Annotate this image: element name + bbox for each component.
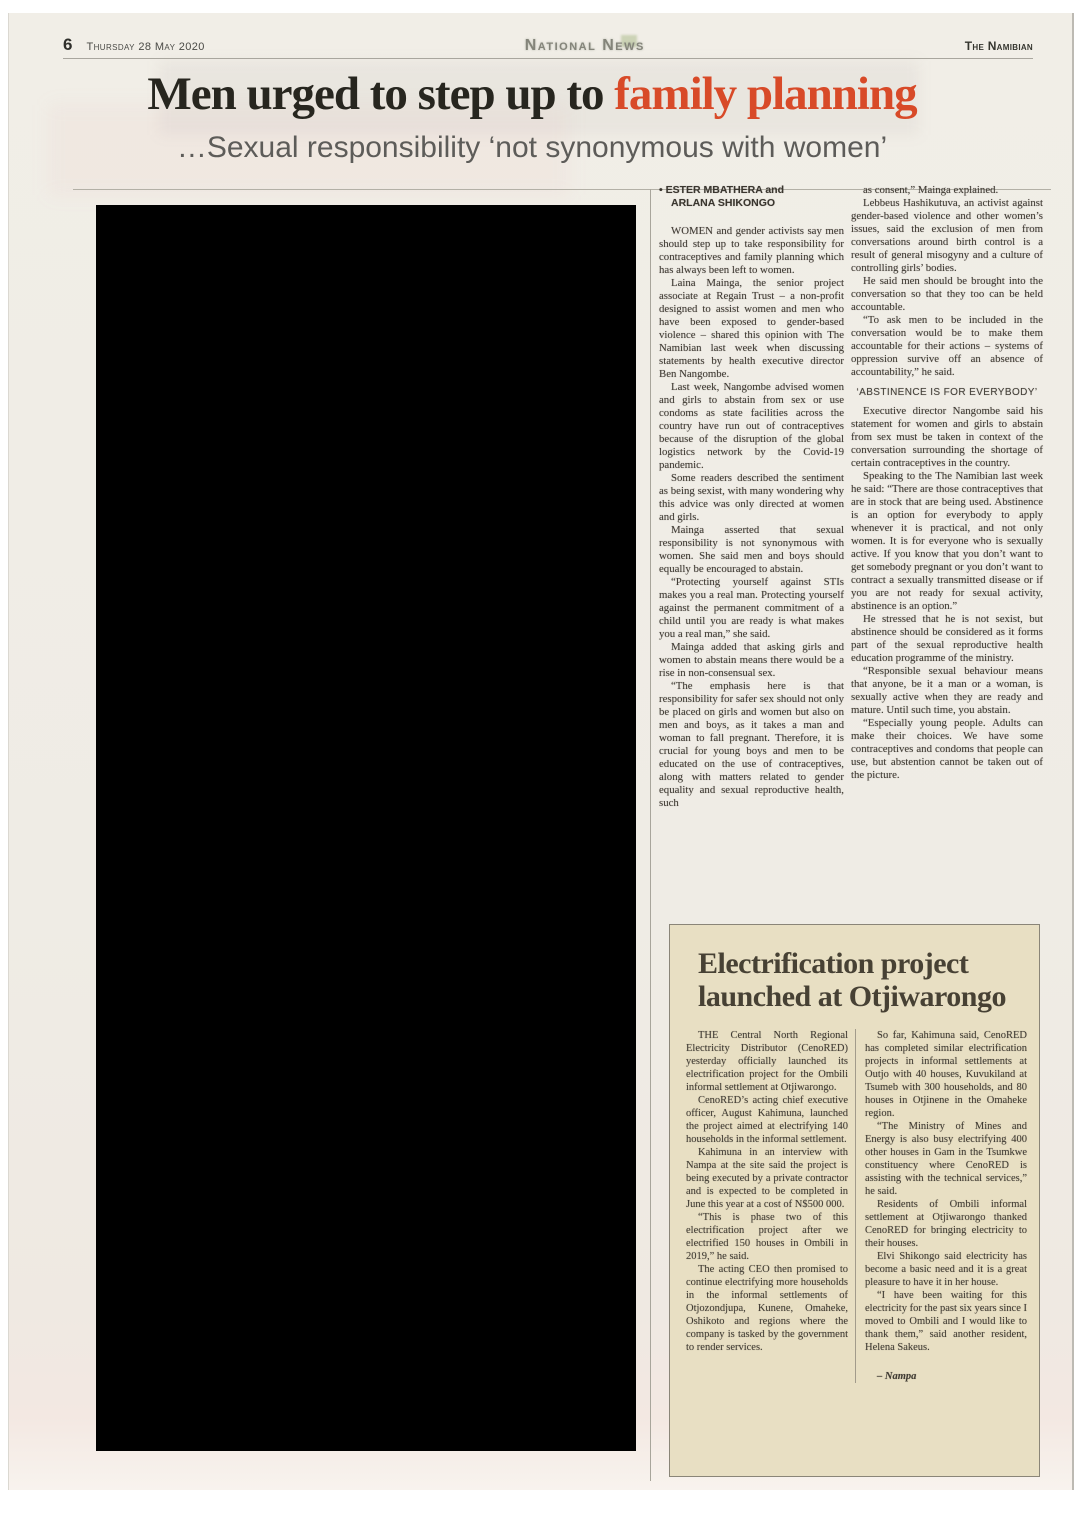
box-headline: Electrification project launched at Otji…: [698, 947, 1021, 1013]
nampa-credit: – Nampa: [865, 1370, 1027, 1383]
article-paragraph: “This is phase two of this electrificati…: [686, 1211, 848, 1263]
box-column-2: So far, Kahimuna said, CenoRED has compl…: [855, 1029, 1027, 1383]
article-paragraph: Kahimuna in an interview with Nampa at t…: [686, 1146, 848, 1211]
article-paragraph: Mainga asserted that sexual responsibili…: [659, 524, 844, 576]
article-paragraph: “To ask men to be included in the conver…: [851, 314, 1043, 379]
headline-accent-text: family planning: [614, 68, 916, 120]
byline-line-1: • ESTER MBATHERA and: [659, 184, 844, 197]
article-column-2: as consent,” Mainga explained.Lebbeus Ha…: [851, 184, 1043, 782]
article-paragraph: as consent,” Mainga explained.: [851, 184, 1043, 197]
page-date: Thursday 28 May 2020: [86, 41, 204, 53]
article-paragraph: THE Central North Regional Electricity D…: [686, 1029, 848, 1094]
article-paragraph: Elvi Shikongo said electricity has becom…: [865, 1250, 1027, 1289]
page-number: 6: [63, 35, 72, 55]
main-headline: Men urged to step up to family planning: [9, 67, 1055, 121]
abstinence-subhead: ‘ABSTINENCE IS FOR EVERYBODY’: [851, 386, 1043, 399]
article-paragraph: So far, Kahimuna said, CenoRED has compl…: [865, 1029, 1027, 1120]
section-title: National News: [525, 37, 645, 55]
header-rule: [63, 58, 1033, 59]
article-paragraph: He said men should be brought into the c…: [851, 275, 1043, 314]
article-subtitle: …Sexual responsibility ‘not synonymous w…: [9, 131, 1055, 165]
article-paragraph: WOMEN and gender activists say men shoul…: [659, 225, 844, 277]
redacted-photo-block: [96, 205, 636, 1451]
box-columns: THE Central North Regional Electricity D…: [670, 1025, 1039, 1383]
article-paragraph: “Protecting yourself against STIs makes …: [659, 576, 844, 641]
article-paragraph: Laina Mainga, the senior project associa…: [659, 277, 844, 381]
box-column-1: THE Central North Regional Electricity D…: [686, 1029, 848, 1383]
article-paragraph: He stressed that he is not sexist, but a…: [851, 613, 1043, 665]
page-header-left: 6 Thursday 28 May 2020: [63, 35, 205, 55]
article-paragraph: “Responsible sexual behaviour means that…: [851, 665, 1043, 717]
paragraph-list: as consent,” Mainga explained.Lebbeus Ha…: [851, 184, 1043, 379]
headline-black-text: Men urged to step up to: [147, 68, 614, 120]
article-paragraph: Last week, Nangombe advised women and gi…: [659, 381, 844, 472]
article-paragraph: Some readers described the sentiment as …: [659, 472, 844, 524]
newspaper-brand: The Namibian: [965, 39, 1033, 53]
paragraph-list: So far, Kahimuna said, CenoRED has compl…: [865, 1029, 1027, 1354]
article-paragraph: Executive director Nangombe said his sta…: [851, 405, 1043, 470]
article-paragraph: Speaking to the The Namibian last week h…: [851, 470, 1043, 613]
page-header: 6 Thursday 28 May 2020 National News The…: [63, 35, 1033, 55]
article-paragraph: Lebbeus Hashikutuva, an activist against…: [851, 197, 1043, 275]
article-paragraph: “I have been waiting for this electricit…: [865, 1289, 1027, 1354]
article-paragraph: “Especially young people. Adults can mak…: [851, 717, 1043, 782]
newspaper-page-scan: 6 Thursday 28 May 2020 National News The…: [8, 13, 1074, 1490]
article-paragraph: Residents of Ombili informal settlement …: [865, 1198, 1027, 1250]
paragraph-list: WOMEN and gender activists say men shoul…: [659, 225, 844, 810]
article-column-1: • ESTER MBATHERA and ARLANA SHIKONGO WOM…: [659, 184, 844, 810]
paragraph-list: Executive director Nangombe said his sta…: [851, 405, 1043, 782]
article-paragraph: “The emphasis here is that responsibilit…: [659, 680, 844, 810]
byline: • ESTER MBATHERA and ARLANA SHIKONGO: [659, 184, 844, 210]
article-paragraph: CenoRED’s acting chief executive officer…: [686, 1094, 848, 1146]
byline-line-2: ARLANA SHIKONGO: [659, 197, 844, 210]
article-paragraph: The acting CEO then promised to continue…: [686, 1263, 848, 1354]
box-article: Electrification project launched at Otji…: [669, 924, 1040, 1477]
article-paragraph: Mainga added that asking girls and women…: [659, 641, 844, 680]
article-paragraph: “The Ministry of Mines and Energy is als…: [865, 1120, 1027, 1198]
column-divider-rule: [650, 189, 651, 1481]
